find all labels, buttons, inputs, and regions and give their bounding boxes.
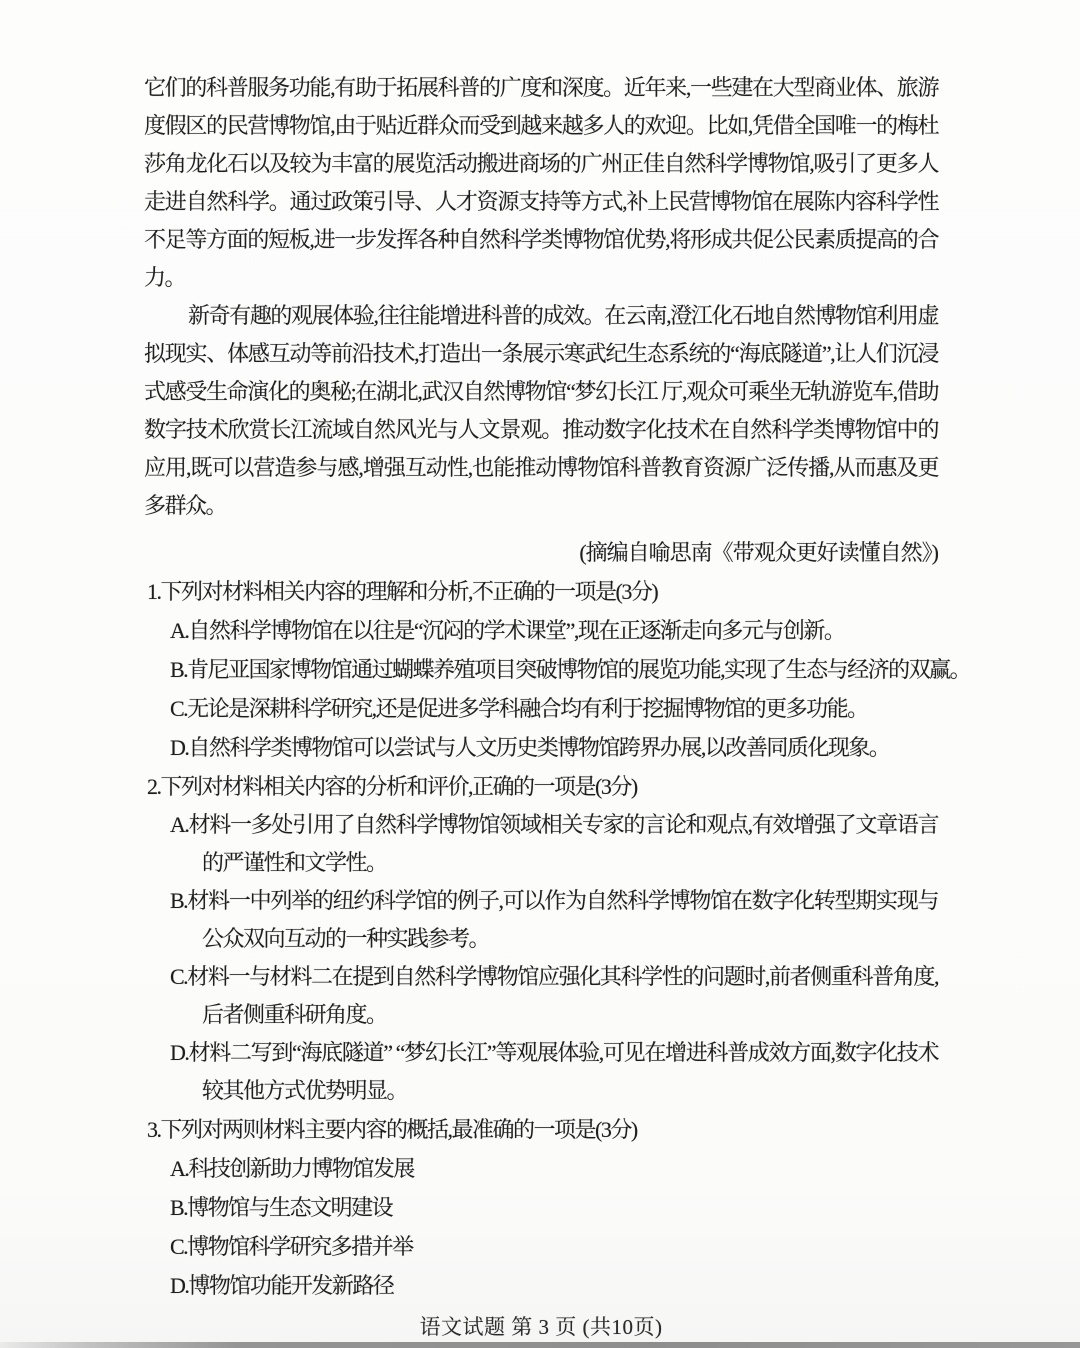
question-1-option-c: C.无论是深耕科学研究,还是促进多学科融合均有利于挖掘博物馆的更多功能。 xyxy=(144,689,938,728)
question-1: 1.下列对材料相关内容的理解和分析,不正确的一项是(3分) A.自然科学博物馆在… xyxy=(144,572,938,767)
question-3-options: A.科技创新助力博物馆发展 B.博物馆与生态文明建设 C.博物馆科学研究多措并举… xyxy=(144,1149,938,1305)
question-2: 2.下列对材料相关内容的分析和评价,正确的一项是(3分) A.材料一多处引用了自… xyxy=(144,767,938,1110)
scan-edge-shadow xyxy=(0,1342,1080,1348)
question-2-option-c: C.材料一与材料二在提到自然科学博物馆应强化其科学性的问题时,前者侧重科普角度,… xyxy=(144,958,938,1034)
text-column: 它们的科普服务功能,有助于拓展科普的广度和深度。近年来,一些建在大型商业体、旅游… xyxy=(144,69,938,1341)
question-3-option-c: C.博物馆科学研究多措并举 xyxy=(144,1227,938,1266)
question-2-stem: 2.下列对材料相关内容的分析和评价,正确的一项是(3分) xyxy=(147,767,938,806)
source-attribution: (摘编自喻思南《带观众更好读懂自然》) xyxy=(144,534,938,572)
question-1-option-a: A.自然科学博物馆在以往是“沉闷的学术课堂”,现在正逐渐走向多元与创新。 xyxy=(144,611,938,650)
question-3-stem: 3.下列对两则材料主要内容的概括,最准确的一项是(3分) xyxy=(147,1110,938,1149)
question-2-option-a: A.材料一多处引用了自然科学博物馆领域相关专家的言论和观点,有效增强了文章语言的… xyxy=(144,806,938,882)
question-2-option-d: D.材料二写到“海底隧道” “梦幻长江”等观展体验,可见在增进科普成效方面,数字… xyxy=(144,1034,938,1110)
question-3-option-d: D.博物馆功能开发新路径 xyxy=(144,1266,938,1305)
page-footer: 语文试题 第 3 页 (共10页) xyxy=(144,1313,938,1341)
question-1-options: A.自然科学博物馆在以往是“沉闷的学术课堂”,现在正逐渐走向多元与创新。 B.肯… xyxy=(144,611,938,767)
question-3-option-a: A.科技创新助力博物馆发展 xyxy=(144,1149,938,1188)
paragraph-science-popularization: 它们的科普服务功能,有助于拓展科普的广度和深度。近年来,一些建在大型商业体、旅游… xyxy=(144,69,938,297)
question-3-option-b: B.博物馆与生态文明建设 xyxy=(144,1188,938,1227)
question-1-option-b: B.肯尼亚国家博物馆通过蝴蝶养殖项目突破博物馆的展览功能,实现了生态与经济的双赢… xyxy=(144,650,938,689)
question-1-option-d: D.自然科学类博物馆可以尝试与人文历史类博物馆跨界办展,以改善同质化现象。 xyxy=(144,728,938,767)
question-2-options: A.材料一多处引用了自然科学博物馆领域相关专家的言论和观点,有效增强了文章语言的… xyxy=(144,806,938,1110)
exam-paper-page: 它们的科普服务功能,有助于拓展科普的广度和深度。近年来,一些建在大型商业体、旅游… xyxy=(0,0,1080,1348)
question-1-stem: 1.下列对材料相关内容的理解和分析,不正确的一项是(3分) xyxy=(147,572,938,611)
question-2-option-b: B.材料一中列举的纽约科学馆的例子,可以作为自然科学博物馆在数字化转型期实现与公… xyxy=(144,882,938,958)
paragraph-exhibition-experience: 新奇有趣的观展体验,往往能增进科普的成效。在云南,澄江化石地自然博物馆利用虚拟现… xyxy=(144,297,938,525)
question-3: 3.下列对两则材料主要内容的概括,最准确的一项是(3分) A.科技创新助力博物馆… xyxy=(144,1110,938,1305)
